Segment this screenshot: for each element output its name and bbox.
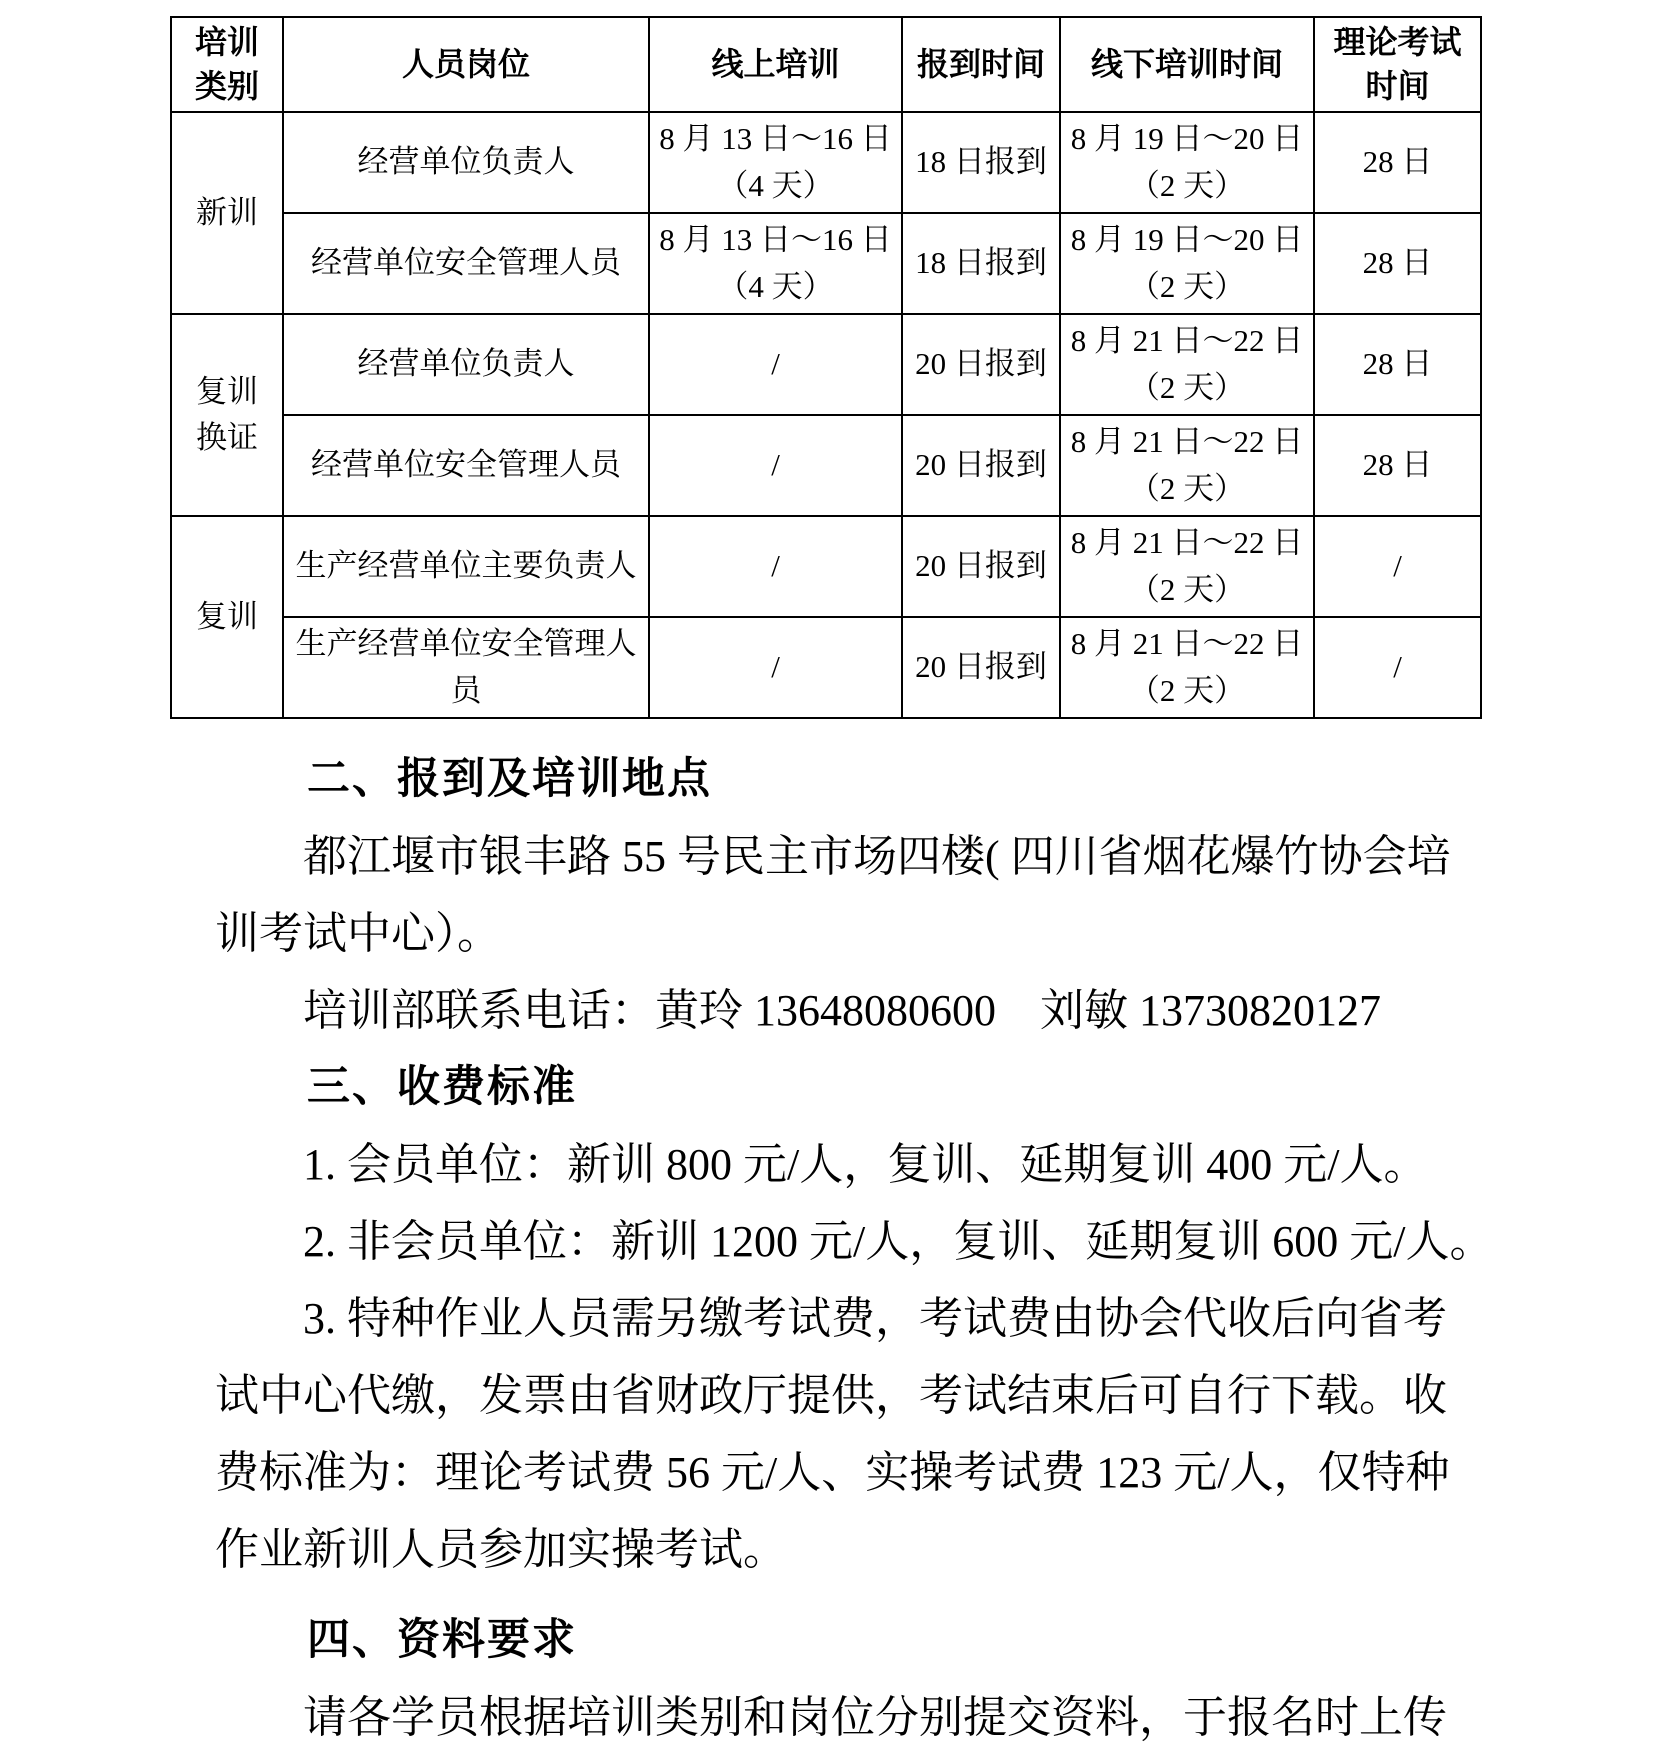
table-header-row: 培训 类别 人员岗位 线上培训 报到时间 线下培训时间 理论考试 时间: [171, 17, 1481, 112]
online-training-cell: 8 月 13 日～16 日 （4 天）: [649, 213, 902, 314]
table-row: 经营单位安全管理人员 8 月 13 日～16 日 （4 天） 18 日报到 8 …: [171, 213, 1481, 314]
position-cell: 经营单位负责人: [283, 112, 649, 213]
paragraph-line-address: 训考试中心）。: [215, 895, 1470, 972]
paragraph-line-fee-member: 1. 会员单位：新训 800 元/人，复训、延期复训 400 元/人。: [215, 1126, 1470, 1203]
checkin-time-cell: 20 日报到: [902, 516, 1060, 617]
paragraph-line-exam-fee: 3. 特种作业人员需另缴考试费，考试费由协会代收后向省考: [215, 1280, 1470, 1357]
document-body-text: 二、报到及培训地点 都江堰市银丰路 55 号民主市场四楼( 四川省烟花爆竹协会培…: [215, 741, 1470, 1756]
header-training-category: 培训 类别: [171, 17, 283, 112]
online-training-cell: /: [649, 415, 902, 516]
exam-time-cell: /: [1314, 617, 1481, 718]
category-cell-retraining: 复训: [171, 516, 283, 718]
checkin-time-cell: 18 日报到: [902, 213, 1060, 314]
paragraph-line-fee-nonmember: 2. 非会员单位：新训 1200 元/人，复训、延期复训 600 元/人。: [215, 1203, 1470, 1280]
exam-time-cell: /: [1314, 516, 1481, 617]
checkin-time-cell: 20 日报到: [902, 617, 1060, 718]
paragraph-line-contact-phones: 培训部联系电话：黄玲 13648080600 刘敏 13730820127: [215, 972, 1470, 1049]
document-page: 培训 类别 人员岗位 线上培训 报到时间 线下培训时间 理论考试 时间 新训 经…: [0, 0, 1654, 1757]
online-training-cell: /: [649, 314, 902, 415]
exam-time-cell: 28 日: [1314, 415, 1481, 516]
table-row: 复训 换证 经营单位负责人 / 20 日报到 8 月 21 日～22 日 （2 …: [171, 314, 1481, 415]
table-row: 复训 生产经营单位主要负责人 / 20 日报到 8 月 21 日～22 日 （2…: [171, 516, 1481, 617]
training-schedule-table: 培训 类别 人员岗位 线上培训 报到时间 线下培训时间 理论考试 时间 新训 经…: [170, 16, 1482, 719]
table-row: 生产经营单位安全管理人员 / 20 日报到 8 月 21 日～22 日 （2 天…: [171, 617, 1481, 718]
paragraph-line-exam-fee: 作业新训人员参加实操考试。: [215, 1511, 1470, 1588]
checkin-time-cell: 20 日报到: [902, 314, 1060, 415]
position-cell: 生产经营单位主要负责人: [283, 516, 649, 617]
offline-training-cell: 8 月 21 日～22 日 （2 天）: [1060, 617, 1314, 718]
exam-time-cell: 28 日: [1314, 112, 1481, 213]
offline-training-cell: 8 月 21 日～22 日 （2 天）: [1060, 516, 1314, 617]
section-heading-fee-standard: 三、收费标准: [215, 1049, 1470, 1126]
category-cell-retraining-renewal: 复训 换证: [171, 314, 283, 516]
paragraph-line-material-submit: 请各学员根据培训类别和岗位分别提交资料，于报名时上传: [215, 1679, 1470, 1756]
paragraph-line-exam-fee: 费标准为：理论考试费 56 元/人、实操考试费 123 元/人，仅特种: [215, 1434, 1470, 1511]
header-theory-exam-time: 理论考试 时间: [1314, 17, 1481, 112]
offline-training-cell: 8 月 21 日～22 日 （2 天）: [1060, 415, 1314, 516]
position-cell: 经营单位安全管理人员: [283, 213, 649, 314]
offline-training-cell: 8 月 21 日～22 日 （2 天）: [1060, 314, 1314, 415]
table-row: 经营单位安全管理人员 / 20 日报到 8 月 21 日～22 日 （2 天） …: [171, 415, 1481, 516]
paragraph-line-exam-fee: 试中心代缴，发票由省财政厅提供，考试结束后可自行下载。收: [215, 1357, 1470, 1434]
header-offline-training-time: 线下培训时间: [1060, 17, 1314, 112]
offline-training-cell: 8 月 19 日～20 日 （2 天）: [1060, 213, 1314, 314]
offline-training-cell: 8 月 19 日～20 日 （2 天）: [1060, 112, 1314, 213]
header-position: 人员岗位: [283, 17, 649, 112]
position-cell: 经营单位负责人: [283, 314, 649, 415]
paragraph-line-address: 都江堰市银丰路 55 号民主市场四楼( 四川省烟花爆竹协会培: [215, 818, 1470, 895]
online-training-cell: /: [649, 617, 902, 718]
position-cell: 生产经营单位安全管理人员: [283, 617, 649, 718]
section-heading-checkin-location: 二、报到及培训地点: [215, 741, 1470, 818]
online-training-cell: 8 月 13 日～16 日 （4 天）: [649, 112, 902, 213]
section-heading-material-requirements: 四、资料要求: [215, 1602, 1470, 1679]
checkin-time-cell: 18 日报到: [902, 112, 1060, 213]
checkin-time-cell: 20 日报到: [902, 415, 1060, 516]
position-cell: 经营单位安全管理人员: [283, 415, 649, 516]
header-checkin-time: 报到时间: [902, 17, 1060, 112]
exam-time-cell: 28 日: [1314, 213, 1481, 314]
category-cell-new-training: 新训: [171, 112, 283, 314]
online-training-cell: /: [649, 516, 902, 617]
table-row: 新训 经营单位负责人 8 月 13 日～16 日 （4 天） 18 日报到 8 …: [171, 112, 1481, 213]
header-online-training: 线上培训: [649, 17, 902, 112]
exam-time-cell: 28 日: [1314, 314, 1481, 415]
